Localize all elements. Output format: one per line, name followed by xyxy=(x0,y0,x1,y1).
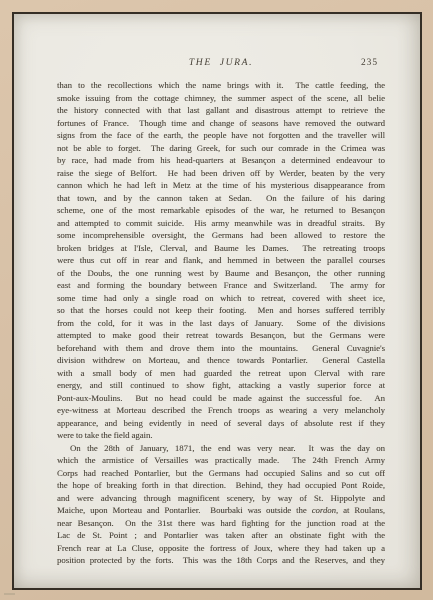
text-line: Corps had reached Pontarlier, but the Ge… xyxy=(57,467,385,480)
text-line: some incomprehensible oversight, the Ger… xyxy=(57,229,385,242)
text-line: were thus cut off in rear and flank, and… xyxy=(57,254,385,267)
running-head-title: THE JURA. xyxy=(189,57,253,68)
text-line: that town, and by the cannon taken at Se… xyxy=(57,192,385,205)
text-line: the hope of breaking forth in that direc… xyxy=(57,479,385,492)
text-line: from the cold, for it was in the last da… xyxy=(57,317,385,330)
text-line: signs from the face of the earth, the pe… xyxy=(57,129,385,142)
text-line: not be able to forget. The daring Greek,… xyxy=(57,142,385,155)
text-line: eye-witness at Morteau described the Fre… xyxy=(57,404,385,417)
text-line: the history connected with that last gal… xyxy=(57,104,385,117)
scan-artifact xyxy=(4,593,15,595)
text-line: with a small body of men had guarded the… xyxy=(57,367,385,380)
text-line: appearance, and being evidently in need … xyxy=(57,417,385,430)
text-line: and attempted to commit suicide. His arm… xyxy=(57,217,385,230)
text-line: Pont-aux-Moulins. But no head could be m… xyxy=(57,392,385,405)
text-line: and were advancing through magnificent s… xyxy=(57,492,385,505)
text-line: near Besançon. On the 31st there was har… xyxy=(57,517,385,530)
text-line: cannon which he had left in Metz at the … xyxy=(57,179,385,192)
body-text: than to the recollections which the name… xyxy=(57,79,385,567)
text-line: which the armistice of Versailles was pr… xyxy=(57,454,385,467)
text-line: than to the recollections which the name… xyxy=(57,79,385,92)
text-line: of the Doubs, the one running west by Ba… xyxy=(57,267,385,280)
running-head: THE JURA. 235 xyxy=(57,57,385,69)
text-line: were to take the field again. xyxy=(57,429,385,442)
text-line: scheme, one of the most remarkable episo… xyxy=(57,204,385,217)
text-line: attempted to make good their retreat tow… xyxy=(57,329,385,342)
text-line: French rear at La Cluse, opposite the fo… xyxy=(57,542,385,555)
text-line: raise the siege of Belfort. He had been … xyxy=(57,167,385,180)
text-line: broken bridges at l'Isle, Clerval, and B… xyxy=(57,242,385,255)
book-page: THE JURA. 235 than to the recollections … xyxy=(12,12,422,590)
text-line: fortunes of France. Though time and chan… xyxy=(57,117,385,130)
text-line: so that the horses could not keep their … xyxy=(57,304,385,317)
page-number: 235 xyxy=(361,57,378,69)
text-line: some time had only a single road on whic… xyxy=(57,292,385,305)
text-line: beforehand with them and drove them into… xyxy=(57,342,385,355)
text-line: Lac de St. Point ; and Pontarlier was ta… xyxy=(57,529,385,542)
text-line: by race, had made from his head-quarters… xyxy=(57,154,385,167)
text-line: division withdrew on Morteau, and thence… xyxy=(57,354,385,367)
text-line: smoke issuing from the cottage chimney, … xyxy=(57,92,385,105)
text-line: energy, and still continued to show figh… xyxy=(57,379,385,392)
text-line: Maiche, upon Morteau and Pontarlier. Bou… xyxy=(57,504,385,517)
text-line: east and forming the boundary between Fr… xyxy=(57,279,385,292)
text-line: On the 28th of January, 1871, the end wa… xyxy=(57,442,385,455)
book-page-scan: { "page": { "colors": { "mat": "#d7c0a6"… xyxy=(0,0,433,600)
text-line: position protected by the forts. This wa… xyxy=(57,554,385,567)
